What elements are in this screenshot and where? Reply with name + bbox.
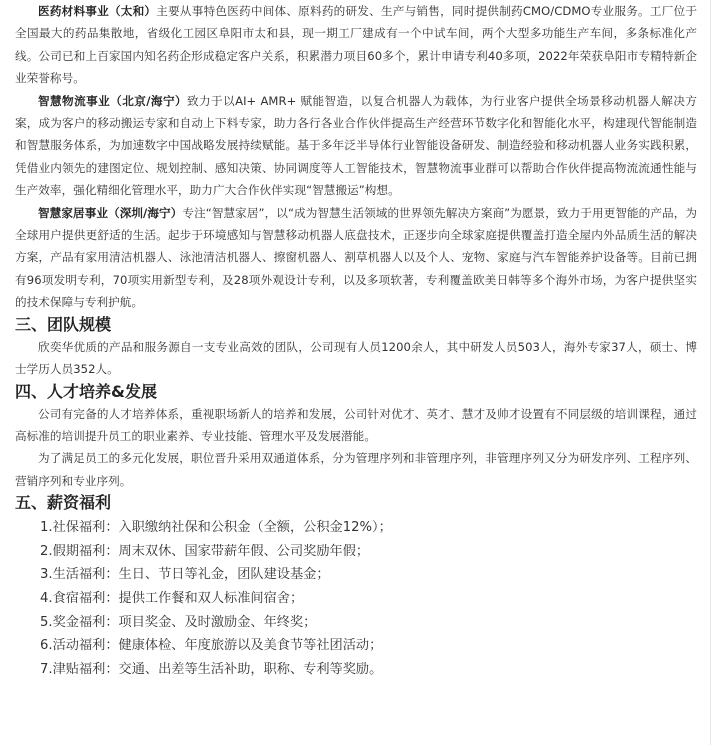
document-content: 医药材料事业（太和）主要从事特色医药中间体、原料药的研发、生产与销售，同时提供制… xyxy=(15,0,697,681)
logistics-business-text: 致力于以AI+ AMR+ 赋能智造，以复合机器人为载体，为行业客户提供全场景移动… xyxy=(15,94,697,198)
benefit-item-social-insurance: 1.社保福利：入职缴纳社保和公积金（全额，公积金12%）； xyxy=(40,516,697,540)
paragraph-team: 欣奕华优质的产品和服务源自一支专业高效的团队，公司现有人员1200余人，其中研发… xyxy=(15,336,697,381)
pharma-business-title: 医药材料事业（太和） xyxy=(38,4,156,18)
benefit-item-holidays: 2.假期福利：周末双休、国家带薪年假、公司奖励年假； xyxy=(40,540,697,564)
section-heading-team: 三、团队规模 xyxy=(15,314,697,336)
document-page: 医药材料事业（太和）主要从事特色医药中间体、原料药的研发、生产与销售，同时提供制… xyxy=(0,0,711,745)
benefit-item-bonus: 5.奖金福利：项目奖金、及时激励金、年终奖； xyxy=(40,611,697,635)
section-heading-benefits: 五、薪资福利 xyxy=(15,492,697,514)
paragraph-talent-career: 为了满足员工的多元化发展，职位晋升采用双通道体系，分为管理序列和非管理序列，非管… xyxy=(15,447,697,492)
benefit-item-allowances: 7.津贴福利：交通、出差等生活补助，职称、专利等奖励。 xyxy=(40,658,697,682)
smarthome-business-title: 智慧家居事业（深圳/海宁） xyxy=(38,206,182,220)
paragraph-logistics-business: 智慧物流事业（北京/海宁）致力于以AI+ AMR+ 赋能智造，以复合机器人为载体… xyxy=(15,90,697,202)
section-heading-talent: 四、人才培养&发展 xyxy=(15,381,697,403)
paragraph-pharma-business: 医药材料事业（太和）主要从事特色医药中间体、原料药的研发、生产与销售，同时提供制… xyxy=(15,0,697,90)
benefit-item-activities: 6.活动福利：健康体检、年度旅游以及美食节等社团活动； xyxy=(40,634,697,658)
logistics-business-title: 智慧物流事业（北京/海宁） xyxy=(38,94,187,108)
benefit-item-meals-housing: 4.食宿福利：提供工作餐和双人标准间宿舍； xyxy=(40,587,697,611)
paragraph-smarthome-business: 智慧家居事业（深圳/海宁）专注“智慧家居”，以“成为智慧生活领域的世界领先解决方… xyxy=(15,202,697,314)
smarthome-business-text: 专注“智慧家居”，以“成为智慧生活领域的世界领先解决方案商”为愿景，致力于用更智… xyxy=(15,206,697,310)
benefit-item-living: 3.生活福利：生日、节日等礼金，团队建设基金； xyxy=(40,563,697,587)
benefits-list: 1.社保福利：入职缴纳社保和公积金（全额，公积金12%）； 2.假期福利：周末双… xyxy=(15,516,697,681)
paragraph-talent-training: 公司有完备的人才培养体系，重视职场新人的培养和发展，公司针对优才、英才、慧才及帅… xyxy=(15,403,697,448)
